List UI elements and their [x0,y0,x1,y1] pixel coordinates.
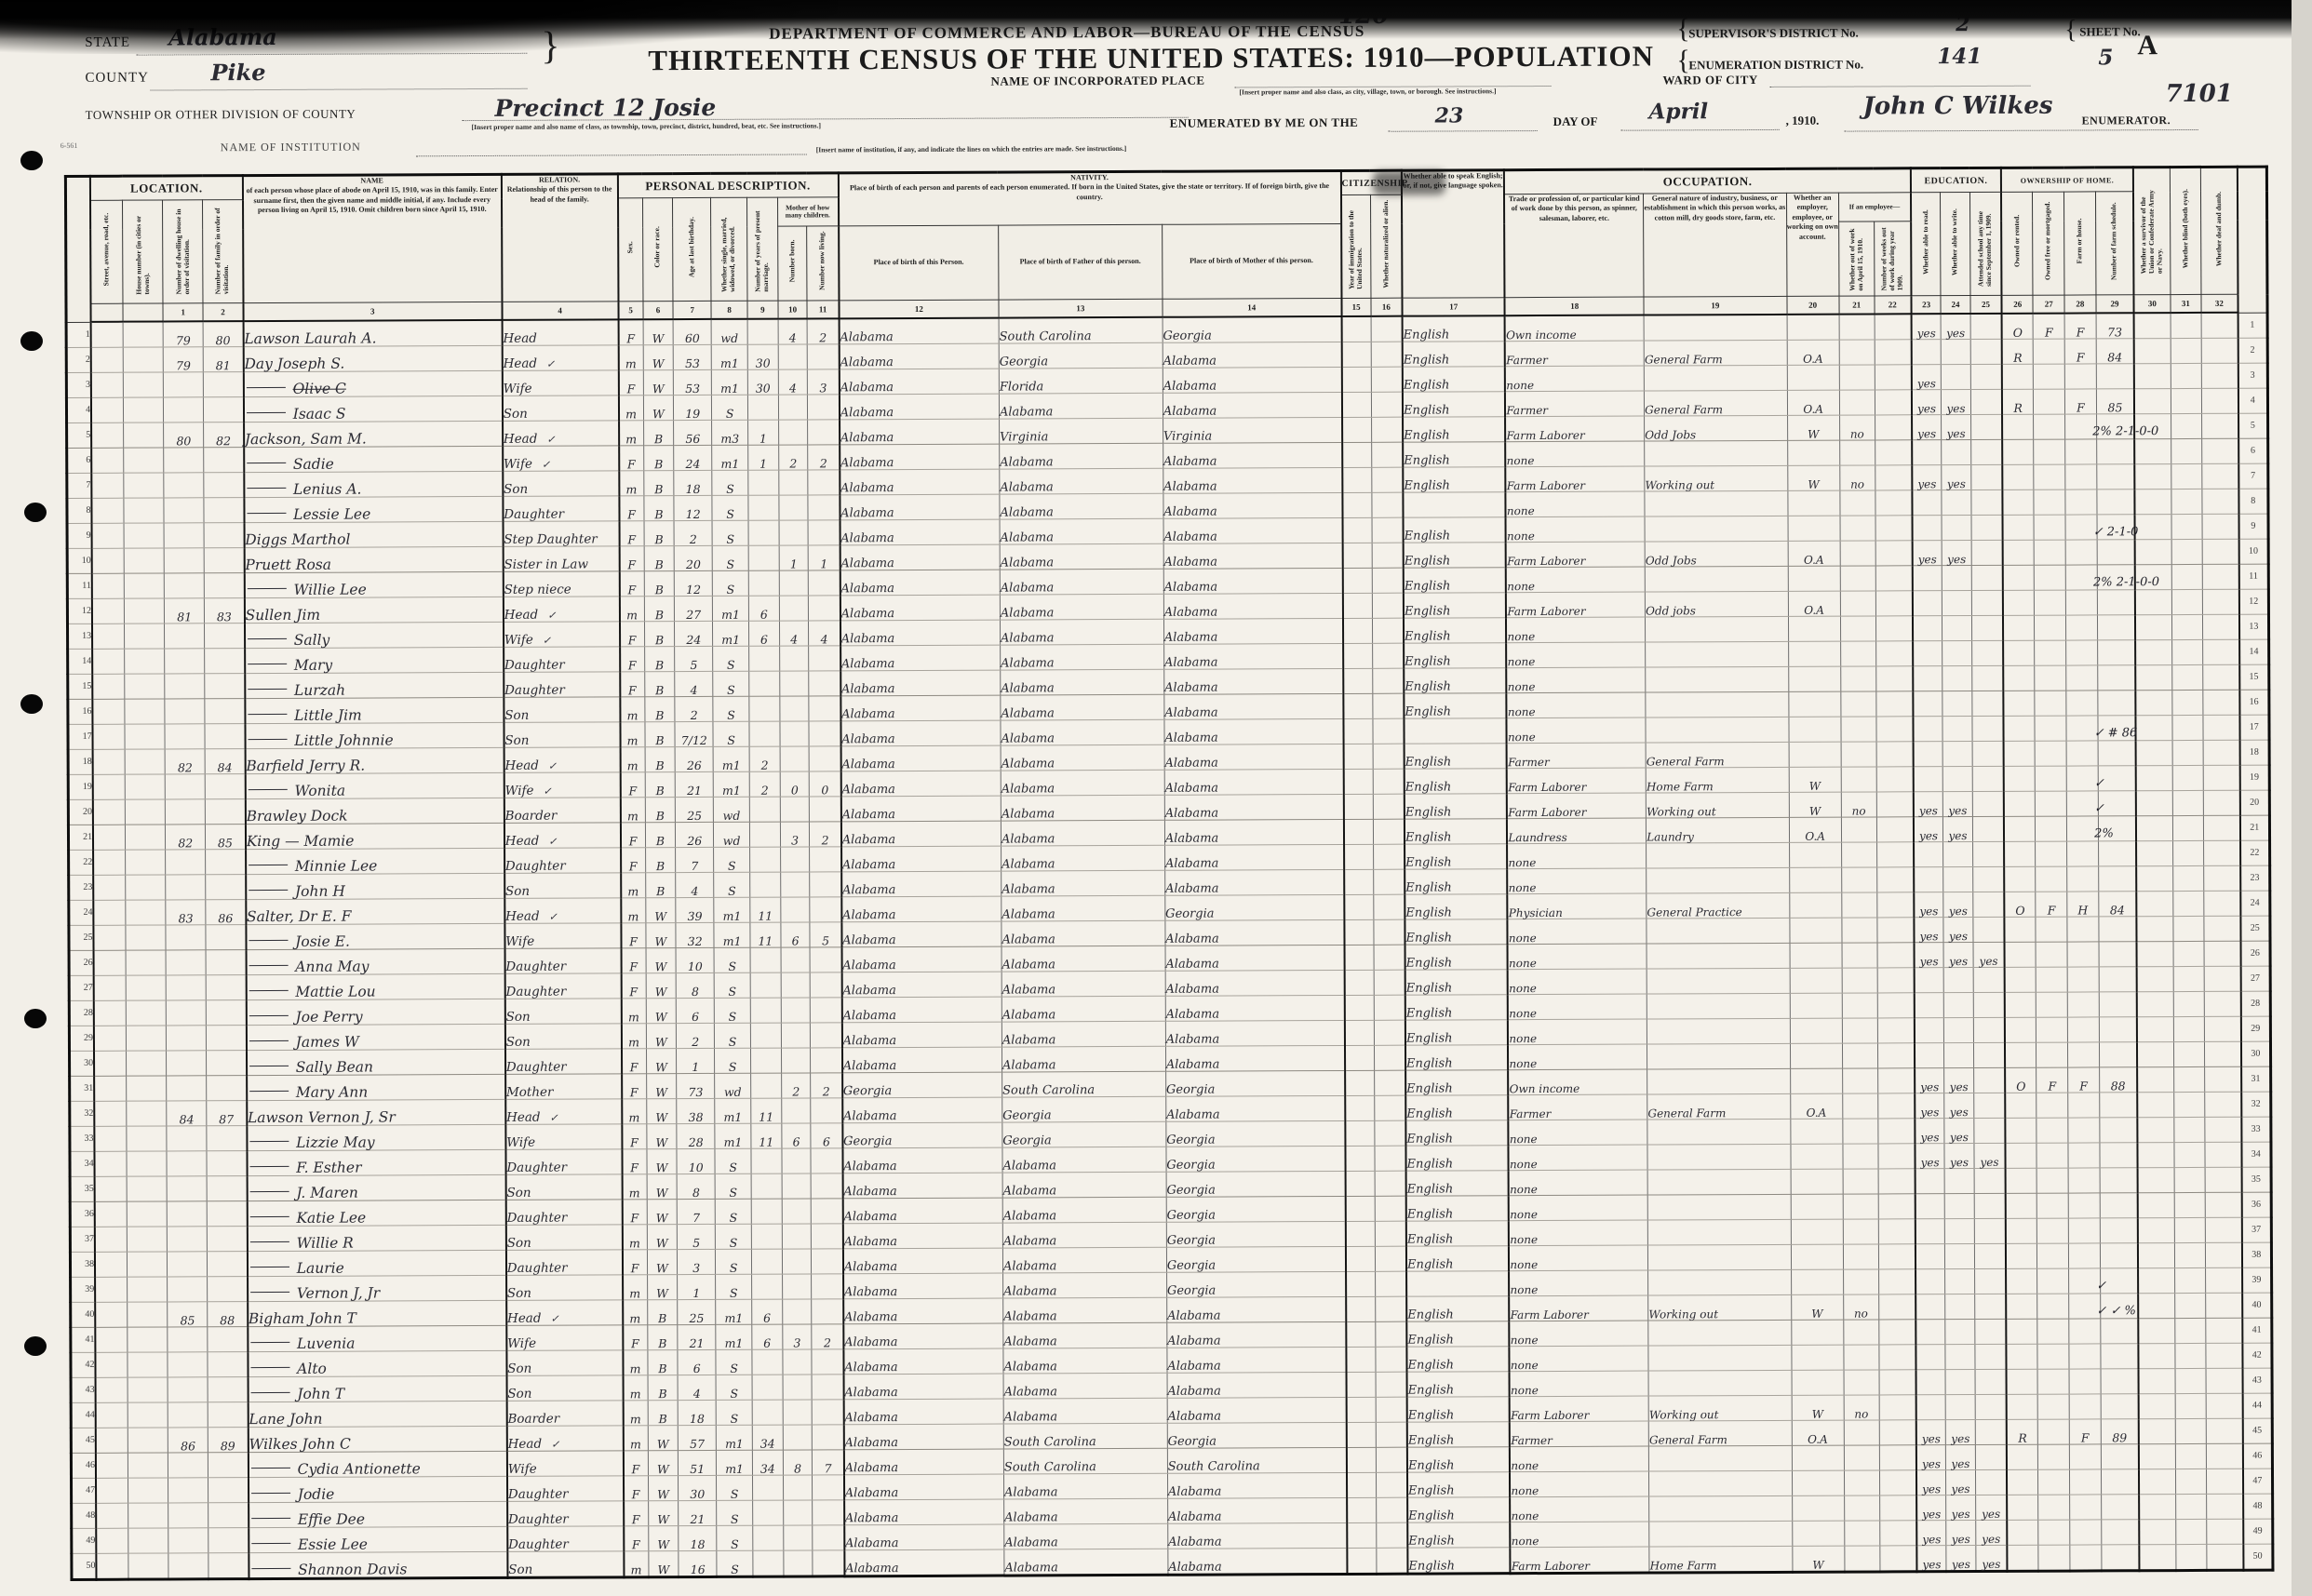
relation-check: ✓ [543,785,551,797]
cell-immigration-year [1344,995,1374,1020]
cell-industry: General Farm [1646,742,1788,768]
person-name: Wilkes John C [249,1435,350,1452]
cell-street [91,322,124,348]
cell-can-read: yes [1912,465,1942,490]
cell-veteran [2139,1419,2175,1444]
cell-color-race: B [644,672,675,697]
cell-industry: Odd jobs [1646,591,1788,617]
cell-out-of-work [1839,314,1875,340]
cell-house-number [127,1000,167,1026]
cell-naturalized [1374,1020,1405,1045]
cell-free-mortgaged [2036,791,2067,816]
cell-relation: Daughter✓ [506,1250,623,1276]
cell-street [94,1051,127,1076]
cell-free-mortgaged [2038,1444,2070,1469]
cell-pob-mother: Alabama [1163,342,1341,368]
cell-color-race: W [647,1225,678,1250]
cell-relation: Wife✓ [504,622,620,648]
person-name: John T [297,1385,344,1402]
cell-can-read: yes [1913,541,1942,566]
cell-marital-status: m1 [717,1450,753,1475]
cell-blind [2171,363,2202,388]
cell-can-write: yes [1944,1093,1974,1119]
cell-age: 12 [674,495,712,520]
relation-value: Son [507,1235,531,1250]
scan-top-left-shadow [0,0,838,54]
cell-farm-schedule [2097,615,2135,640]
cell-trade: Farm Laborer [1510,1396,1648,1422]
cell-house-number [128,1277,168,1302]
cell-farm-house [2070,1495,2102,1520]
cell-naturalized [1372,593,1404,618]
cell-name: Alto [248,1350,506,1376]
cell-owned-rented [2003,590,2035,615]
cell-children-living [808,495,840,520]
cell-out-of-work [1841,867,1876,892]
cell-can-write [1942,591,1972,616]
cell-industry [1647,1169,1790,1195]
line-number-right: 40 [2242,1293,2272,1318]
cell-pob-father: Alabama [1001,770,1164,796]
cell-children-living [810,897,841,922]
cell-pob-father: Alabama [1002,1147,1166,1173]
cell-naturalized [1371,392,1403,417]
cell-pob-father: Alabama [1003,1398,1167,1424]
cell-pob: Alabama [840,670,1001,696]
cell-sex: F [623,1325,648,1350]
cell-children-living [809,570,840,596]
cell-attended-school [1971,615,2003,640]
cell-pob-father: Alabama [1001,719,1164,745]
line-number-left: 28 [69,1000,94,1026]
cell-children-born: 3 [783,1324,813,1349]
cell-attended-school [1971,515,2003,540]
cell-dwelling-number [168,1227,208,1252]
line-number-left: 7 [67,473,92,498]
cell-weeks-out [1875,541,1913,566]
cell-dwelling-number [165,649,205,674]
cell-pob-father: Alabama [1001,1046,1165,1072]
col-marital-header: Whether single, married, widowed, or div… [711,197,747,301]
col-school-header: Attended school any time since September… [1969,192,2001,295]
cell-sex: m [623,1350,648,1375]
group-if-employee: If an employee— [1838,193,1911,221]
col-house-header: House number (in cities or towns). [123,200,163,303]
cell-free-mortgaged [2036,1017,2068,1042]
cell-family-number [207,1176,247,1201]
cell-english: English [1405,1020,1509,1045]
cell-marital-status: S [716,1400,752,1425]
cell-name: Willie R [247,1225,505,1251]
cell-sex: m [622,1174,647,1200]
cell-english: English [1405,995,1509,1020]
cell-attended-school [1974,1294,2006,1319]
cell-trade: Farm Laborer [1505,416,1644,442]
ditto-dash [249,1091,289,1092]
cell-employer-status [1787,490,1839,516]
cell-children-born [783,1349,813,1375]
cell-children-born [783,1375,813,1400]
cell-farm-house [2066,665,2098,691]
cell-owned-rented [2002,464,2034,490]
line-number-right: 14 [2239,639,2269,664]
cell-deaf [2204,865,2240,891]
relation-value: Head [507,1310,542,1325]
cell-street [93,875,126,900]
county-value: Pike [210,59,265,86]
line-number-left: 40 [71,1302,96,1327]
cell-name: John T [248,1375,506,1402]
cell-english [1404,718,1507,744]
cell-out-of-work [1843,1169,1878,1194]
cell-can-read: yes [1916,1546,1946,1572]
cell-farm-house [2070,1469,2102,1495]
cell-weeks-out [1877,1043,1915,1068]
cell-pob: Alabama [843,1424,1003,1450]
cell-name: Jodie [249,1476,507,1502]
cell-street [93,850,126,875]
cell-english: English [1407,1497,1511,1522]
cell-weeks-out [1875,516,1913,541]
cell-blind [2174,1217,2206,1242]
cell-industry [1649,1521,1792,1547]
cell-industry: Home Farm [1649,1546,1792,1573]
cell-children-born [782,1249,812,1274]
cell-employer-status [1789,742,1841,767]
cell-can-write [1942,516,1971,541]
cell-can-read: yes [1912,390,1942,415]
cell-relation: Daughter✓ [505,1049,622,1075]
cell-pob: Alabama [844,1524,1004,1550]
cell-name: Effie Dee [249,1501,507,1527]
cell-english: English [1405,1045,1509,1070]
cell-dwelling-number: 79 [163,321,203,347]
cell-deaf [2205,1041,2241,1066]
cell-farm-schedule [2098,841,2136,866]
cell-marital-status: S [717,1525,753,1550]
cell-family-number [208,1553,249,1579]
cell-immigration-year [1346,1422,1376,1447]
line-number-left: 23 [69,875,94,900]
cell-house-number [126,950,166,975]
cell-free-mortgaged [2037,1243,2069,1268]
cell-age: 24 [675,621,713,646]
cell-years-married [751,1199,782,1224]
cell-naturalized [1373,844,1405,869]
cell-children-living [810,746,841,771]
cell-years-married [753,1500,784,1525]
cell-name: Wonita [245,772,504,798]
cell-family-number [208,1503,249,1528]
cell-english: English [1405,970,1509,995]
cell-family-number [204,573,244,598]
cell-blind [2172,790,2204,815]
cell-relation: Daughter✓ [503,496,619,522]
cell-trade: Farmer [1505,391,1644,417]
cell-can-write [1945,1345,1975,1370]
cell-trade: none [1511,1522,1649,1548]
cell-pob-mother: Alabama [1165,1045,1344,1071]
cell-farm-schedule [2099,917,2137,942]
cell-farm-schedule [2101,1319,2139,1344]
cell-relation: Head✓ [502,345,618,371]
cell-sex: m [619,421,644,446]
cell-trade: Farm Laborer [1507,793,1646,819]
line-number-right: 43 [2242,1368,2272,1393]
cell-weeks-out [1877,993,1915,1018]
cell-can-write [1942,641,1972,666]
cell-pob-mother: Alabama [1167,1397,1346,1423]
cell-children-born: 2 [781,1073,811,1098]
cell-english: English [1405,844,1508,869]
form-code: 6-561 [60,141,78,150]
cell-owned-rented [2004,741,2036,766]
cell-farm-house [2065,590,2097,615]
cell-can-read [1915,1269,1945,1294]
cell-blind [2172,740,2204,765]
cell-out-of-work [1842,1068,1877,1093]
cell-immigration-year [1345,1070,1375,1095]
cell-out-of-work [1842,1018,1877,1043]
cell-street [96,1428,128,1453]
cell-family-number: 85 [206,825,246,850]
cell-farm-house [2066,691,2098,716]
cell-street [94,1126,127,1151]
line-number-right: 23 [2240,865,2270,891]
cell-immigration-year [1343,643,1373,668]
cell-out-of-work [1841,717,1876,742]
cell-out-of-work [1844,1370,1879,1395]
cell-owned-rented [2005,992,2036,1017]
cell-children-born [779,570,809,596]
cell-free-mortgaged [2038,1495,2070,1520]
cell-age: 10 [676,947,714,972]
cell-deaf [2206,1318,2242,1343]
cell-blind [2172,840,2204,865]
cell-out-of-work [1842,968,1877,993]
cell-sex: m [618,345,643,370]
cell-blind [2173,1016,2205,1041]
cell-immigration-year [1341,316,1371,342]
cell-children-living [809,646,840,671]
relation-value: Son [506,1034,531,1049]
cell-children-born [779,596,809,621]
cell-naturalized [1374,945,1405,970]
cell-age: 18 [678,1400,716,1425]
cell-owned-rented [2004,816,2036,841]
line-number-left: 32 [70,1101,95,1126]
cell-english: English [1404,693,1507,718]
cell-naturalized [1374,1095,1405,1120]
cell-can-read [1914,842,1943,867]
cell-immigration-year [1343,769,1373,794]
ditto-dash [250,1241,289,1242]
cell-age: 27 [675,596,713,621]
cell-family-number [207,1026,247,1051]
cell-employer-status [1787,365,1839,390]
cell-attended-school [1970,389,2002,414]
cell-pob-father: Alabama [1000,468,1163,494]
township-value: Precinct 12 Josie [495,94,717,122]
cell-english: English [1403,442,1506,467]
cell-attended-school: yes [1974,1143,2006,1168]
cell-industry [1647,1194,1790,1220]
cell-pob-father: South Carolina [1002,1071,1166,1097]
cell-street [96,1553,128,1579]
cell-years-married: 30 [747,344,778,369]
cell-industry [1644,365,1786,391]
cell-years-married [753,1550,784,1576]
cell-employer-status: O.A [1788,591,1840,616]
cell-name: Little Jim [245,697,504,723]
cell-weeks-out [1875,691,1913,717]
ditto-dash [249,1141,289,1142]
cell-veteran [2137,942,2173,967]
cell-attended-school [1974,1243,2006,1268]
cell-children-born [782,1274,812,1299]
cell-children-living [811,1023,842,1048]
cell-employer-status [1789,867,1841,892]
cell-family-number [204,397,244,422]
margin-annotation: ✓ [2094,777,2104,789]
cell-house-number [125,749,165,774]
cell-veteran [2135,590,2171,615]
cell-years-married [749,822,780,847]
cell-age: 57 [679,1425,717,1450]
cell-immigration-year [1341,367,1371,392]
cell-age: 1 [678,1274,716,1299]
cell-blind [2171,614,2203,639]
cell-attended-school [1974,1218,2006,1243]
cell-out-of-work [1840,490,1875,516]
cell-blind [2174,1242,2206,1267]
cell-relation: Wife✓ [503,370,619,396]
cell-weeks-out [1875,465,1912,490]
cell-veteran [2139,1444,2175,1469]
cell-blind [2171,715,2203,740]
cell-employer-status [1791,1169,1843,1194]
cell-family-number: 84 [205,749,245,774]
ditto-dash [249,990,288,991]
cell-attended-school [1973,1067,2005,1093]
cell-attended-school [1970,414,2002,439]
cell-marital-status: m1 [716,1425,752,1450]
township-note: [Insert proper name and also name of cla… [472,121,821,131]
cell-name: Mattie Lou [246,973,504,999]
cell-immigration-year [1342,593,1372,618]
cell-farm-house [2069,1369,2101,1394]
cell-sex: m [620,697,645,722]
cell-children-living: 7 [813,1450,844,1475]
cell-can-read [1912,440,1942,465]
relation-value: Head [503,330,537,345]
cell-employer-status [1792,1521,1844,1546]
ditto-dash [248,664,287,664]
census-scan-page: { "colors": {"ink":"#2b2b33","paper":"#f… [0,0,2312,1596]
cell-children-living [813,1475,844,1500]
person-name: Sally [294,631,330,648]
cell-attended-school [1973,917,2005,942]
county-line [150,87,527,91]
cell-color-race: B [647,1350,678,1375]
person-name: Minnie Lee [295,857,378,874]
cell-age: 60 [673,319,711,345]
scan-right-edge [2292,0,2312,1596]
cell-children-living [810,947,841,972]
col-pob-header: Place of birth of this Person. [839,225,999,301]
cell-name: Anna May [246,948,504,974]
cell-family-number [204,372,244,397]
cell-dwelling-number [167,1176,207,1201]
cell-naturalized [1371,342,1403,367]
cell-can-read: yes [1914,792,1943,817]
cell-age: 21 [679,1500,717,1525]
cell-can-read [1915,1043,1944,1068]
cell-industry: Odd Jobs [1645,541,1787,567]
cell-deaf [2207,1494,2243,1519]
cell-sex: F [619,521,644,546]
cell-farm-house [2069,1319,2101,1344]
cell-pob-father: Alabama [1001,669,1164,695]
cell-relation: Daughter✓ [507,1501,624,1527]
cell-pob-father: Georgia [999,342,1163,369]
cell-years-married [751,1048,782,1073]
line-number-right: 29 [2240,1016,2270,1041]
relation-value: Daughter [508,1536,569,1551]
cell-years-married [751,1174,782,1199]
col-num: 21 [1839,296,1875,315]
cell-age: 6 [678,1349,716,1375]
person-name: Diggs Marthol [245,530,350,547]
cell-naturalized [1376,1522,1407,1548]
cell-naturalized [1375,1271,1406,1296]
cell-children-born: 4 [779,621,809,646]
cell-blind [2171,413,2202,438]
cell-pob: Alabama [840,720,1001,746]
cell-pob: Alabama [840,620,1001,646]
line-number-left: 31 [70,1076,95,1101]
cell-weeks-out [1879,1521,1916,1546]
line-number-right: 17 [2239,715,2269,740]
cell-attended-school [1974,1093,2006,1118]
cell-employer-status [1789,842,1841,867]
ditto-dash [249,1015,288,1016]
ditto-dash [247,513,286,514]
line-number-right: 30 [2241,1041,2271,1066]
cell-owned-rented: R [2002,389,2034,414]
cell-pob-father: Alabama [1001,644,1164,670]
cell-street [93,925,126,950]
cell-employer-status [1790,1018,1842,1043]
cell-free-mortgaged [2036,1193,2068,1218]
cell-can-read [1915,1194,1945,1219]
col-num: 15 [1341,298,1371,316]
cell-deaf [2204,991,2240,1016]
cell-trade: none [1507,718,1646,744]
cell-english [1403,492,1506,517]
col-dwelling-header: Number of dwelling house in order of vis… [163,200,203,303]
cell-owned-rented [2002,414,2034,439]
line-number-left: 3 [66,372,91,397]
cell-name: Lizzie May [247,1124,505,1150]
cell-children-born [780,872,810,897]
cell-blind [2173,991,2205,1016]
col-num: 24 [1941,296,1970,315]
cell-trade: Own income [1505,315,1644,342]
cell-owned-rented [2004,766,2036,791]
cell-employer-status: W [1789,792,1841,817]
person-name: Shannon Davis [298,1561,407,1578]
